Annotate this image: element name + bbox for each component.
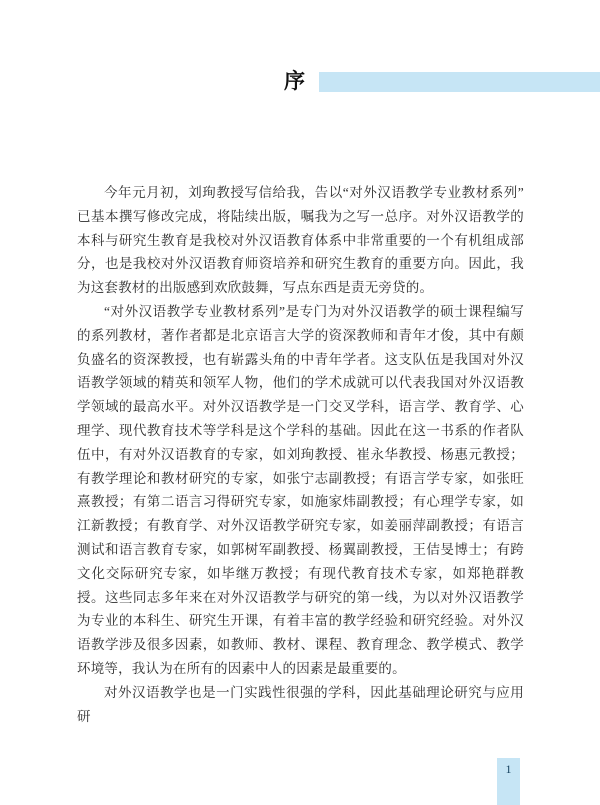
- paragraph-2: “对外汉语教学专业教材系列”是专门为对外汉语教学的硕士课程编写的系列教材，著作者…: [77, 300, 524, 681]
- page-title: 序: [284, 71, 306, 92]
- preface-header: 序: [284, 71, 600, 92]
- paragraph-3: 对外汉语教学也是一门实践性很强的学科，因此基础理论研究与应用研: [77, 681, 524, 729]
- page-number: 1: [506, 763, 512, 775]
- preface-body: 今年元月初，刘珣教授写信给我，告以“对外汉语教学专业教材系列”已基本撰写修改完成…: [77, 181, 524, 728]
- page-number-tab: 1: [497, 758, 520, 805]
- paragraph-1: 今年元月初，刘珣教授写信给我，告以“对外汉语教学专业教材系列”已基本撰写修改完成…: [77, 181, 524, 300]
- title-accent-bar: [319, 72, 600, 92]
